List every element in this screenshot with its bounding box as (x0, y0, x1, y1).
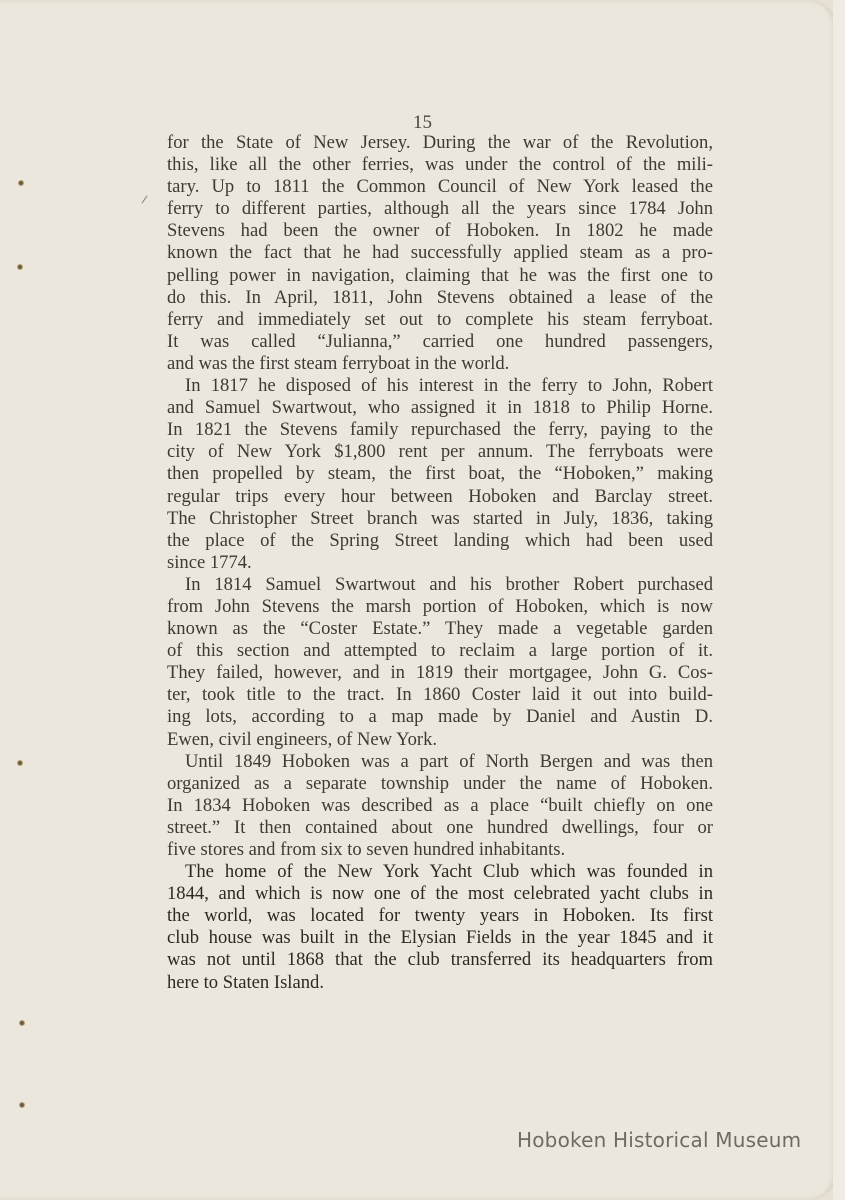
text-line: five stores and from six to seven hundre… (167, 839, 713, 861)
text-line: was not until 1868 that the club transfe… (167, 949, 713, 971)
text-line: In 1817 he disposed of his interest in t… (167, 375, 713, 397)
text-line: here to Staten Island. (167, 972, 713, 994)
text-line: pelling power in navigation, claiming th… (167, 265, 713, 287)
body-text: for the State of New Jersey. During the … (167, 132, 713, 994)
paragraph: for the State of New Jersey. During the … (167, 132, 713, 375)
text-line: organized as a separate township under t… (167, 773, 713, 795)
paragraph: In 1814 Samuel Swartwout and his brother… (167, 574, 713, 751)
text-line: for the State of New Jersey. During the … (167, 132, 713, 154)
binding-hole-icon (19, 1020, 25, 1026)
text-line: from John Stevens the marsh portion of H… (167, 596, 713, 618)
text-line: do this. In April, 1811, John Stevens ob… (167, 287, 713, 309)
text-line: The Christopher Street branch was starte… (167, 508, 713, 530)
text-line: ter, took title to the tract. In 1860 Co… (167, 684, 713, 706)
text-line: Stevens had been the owner of Hoboken. I… (167, 220, 713, 242)
scanned-page: 15 for the State of New Jersey. During t… (0, 0, 836, 1200)
text-line: ing lots, according to a map made by Dan… (167, 706, 713, 728)
text-line: In 1821 the Stevens family repurchased t… (167, 419, 713, 441)
text-line: tary. Up to 1811 the Common Council of N… (167, 176, 713, 198)
binding-hole-icon (17, 264, 23, 270)
text-line: since 1774. (167, 552, 713, 574)
text-line: and was the first steam ferryboat in the… (167, 353, 713, 375)
paragraph: The home of the New York Yacht Club whic… (167, 861, 713, 994)
stray-pen-mark (142, 196, 148, 204)
text-line: this, like all the other ferries, was un… (167, 154, 713, 176)
text-line: known as the “Coster Estate.” They made … (167, 618, 713, 640)
text-line: ferry and immediately set out to complet… (167, 309, 713, 331)
text-line: Until 1849 Hoboken was a part of North B… (167, 751, 713, 773)
text-line: and Samuel Swartwout, who assigned it in… (167, 397, 713, 419)
text-line: regular trips every hour between Hoboken… (167, 486, 713, 508)
page-number: 15 (0, 112, 845, 134)
binding-hole-icon (18, 180, 24, 186)
binding-hole-icon (19, 1102, 25, 1108)
text-line: In 1814 Samuel Swartwout and his brother… (167, 574, 713, 596)
paragraph: Until 1849 Hoboken was a part of North B… (167, 751, 713, 861)
text-line: then propelled by steam, the first boat,… (167, 463, 713, 485)
text-line: Ewen, civil engineers, of New York. (167, 729, 713, 751)
text-line: They failed, however, and in 1819 their … (167, 662, 713, 684)
binding-hole-icon (17, 760, 23, 766)
text-line: of this section and attempted to reclaim… (167, 640, 713, 662)
text-line: 1844, and which is now one of the most c… (167, 883, 713, 905)
text-line: the place of the Spring Street landing w… (167, 530, 713, 552)
paragraph: In 1817 he disposed of his interest in t… (167, 375, 713, 574)
page-backing-edge (833, 0, 845, 1200)
text-line: It was called “Julianna,” carried one hu… (167, 331, 713, 353)
text-line: known the fact that he had successfully … (167, 242, 713, 264)
text-line: the world, was located for twenty years … (167, 905, 713, 927)
text-line: In 1834 Hoboken was described as a place… (167, 795, 713, 817)
text-line: ferry to different parties, although all… (167, 198, 713, 220)
text-line: city of New York $1,800 rent per annum. … (167, 441, 713, 463)
text-line: The home of the New York Yacht Club whic… (167, 861, 713, 883)
museum-watermark: Hoboken Historical Museum (517, 1128, 801, 1152)
text-line: club house was built in the Elysian Fiel… (167, 927, 713, 949)
text-line: street.” It then contained about one hun… (167, 817, 713, 839)
